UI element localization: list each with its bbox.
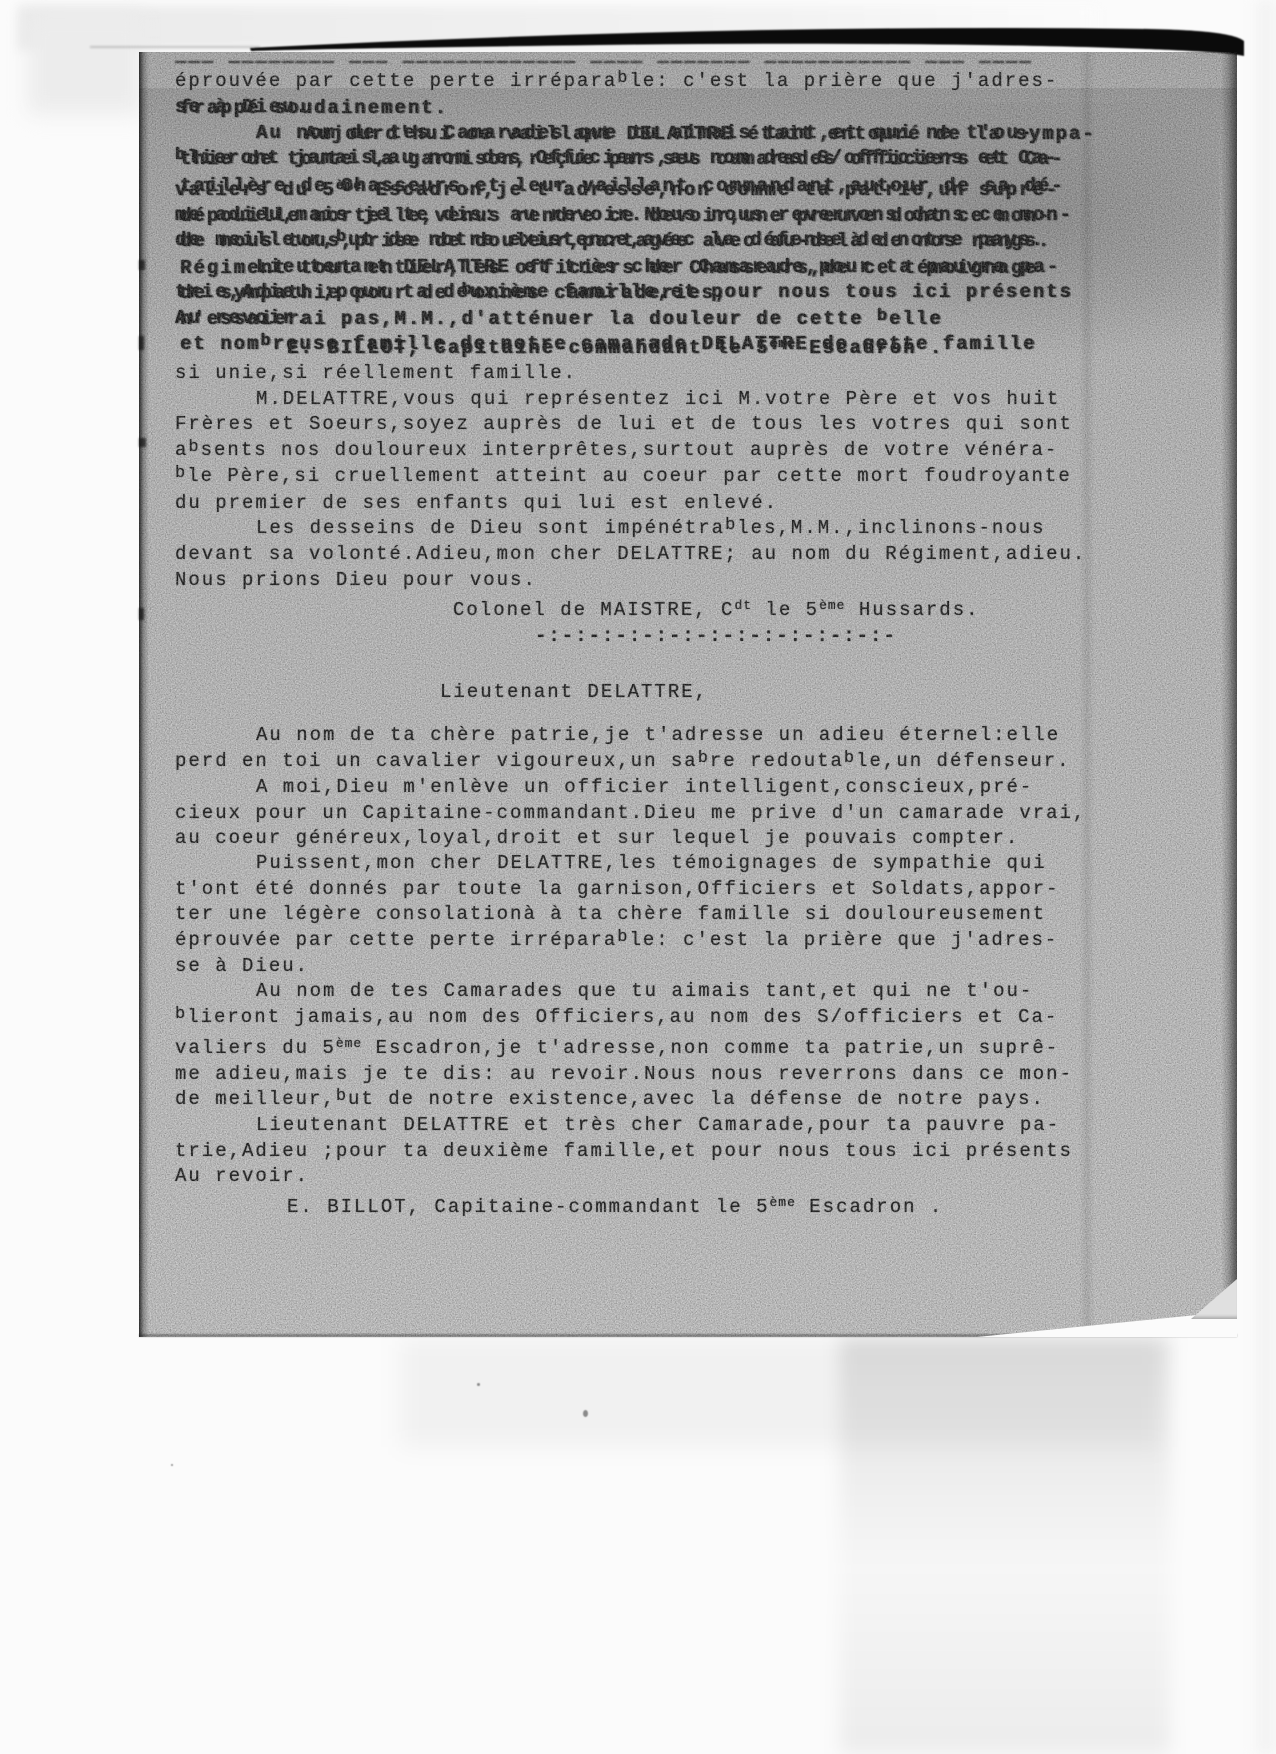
- stray-speck: [171, 1464, 173, 1466]
- line-text: au coeur généreux,loyal,droit et sur leq…: [175, 826, 1019, 851]
- line-text: si unie,si réellement famille.: [175, 361, 577, 386]
- paper-left-edge: [139, 52, 149, 1337]
- text-line: Lieutenant DELATTRE,: [175, 680, 1100, 705]
- line-text: cieux pour un Capitaine-commandant.Dieu …: [175, 801, 1086, 826]
- text-line: M.DELATTRE,vous qui représentez ici M.vo…: [175, 387, 1100, 412]
- text-line: t'ont été donnés par toute la garnison,O…: [175, 877, 1100, 902]
- text-line: et nombreuse famille de notre camarade D…: [175, 331, 1100, 361]
- text-line: Au nom de ta chère patrie,je t'adresse u…: [175, 723, 1100, 748]
- overstruck-text: de sympathie pour de bonnes camaraderies…: [180, 281, 728, 307]
- scanner-shadow-band-faint: [400, 1337, 1160, 1447]
- overstruck-text: taillère de Chasseurs,et leur vaillant c…: [180, 174, 1065, 199]
- line-text: ter une légère consolationà à ta chère f…: [175, 902, 1046, 927]
- text-line: au coeur généreux,loyal,droit et sur leq…: [175, 826, 1100, 851]
- text-line: perd en toi un cavalier vigoureux,un sab…: [175, 749, 1100, 775]
- text-line: me adieu,mais je te dis: au revoir.Nous …: [175, 1062, 1100, 1087]
- line-text: valiers du 5ème Escadron,je t'adresse,no…: [175, 1031, 1059, 1061]
- text-line: thie de toute la garnison,reçue par ses …: [175, 146, 1100, 172]
- text-line: se à Dieu.: [175, 954, 1100, 979]
- line-text: Au nom de tes Camarades que tu aimais ta…: [256, 979, 1033, 1004]
- line-text: Au revoir.: [175, 1164, 309, 1189]
- line-text: de meilleur,but de notre existence,avec …: [175, 1087, 1045, 1113]
- line-text: se à Dieu.: [175, 954, 309, 979]
- text-line: absents nos douloureux interprêtes,surto…: [175, 438, 1100, 464]
- line-text: blieront jamais,au nom des Officiers,au …: [175, 1005, 1058, 1031]
- line-text: Nous prions Dieu pour vous.: [175, 568, 537, 593]
- line-text: Colonel de MAISTRE, Cdt le 5ème Hussards…: [453, 593, 980, 623]
- text-line: Aujourd'hui ce vaillant DELATTRE était e…: [175, 121, 1100, 146]
- text-line: Les desseins de Dieu sont impénétrables,…: [175, 516, 1100, 542]
- text-line: n'essaierai pas,M.M.,d'atténuer la doule…: [175, 306, 1100, 331]
- line-text: M.DELATTRE,vous qui représentez ici M.vo…: [256, 387, 1060, 412]
- edge-ink-mark: [139, 438, 146, 447]
- text-line: éprouvée par cette perte irréparable: c'…: [175, 69, 1100, 95]
- line-text: éprouvée par cette perte irréparable: c'…: [175, 69, 1058, 95]
- line-text: absents nos douloureux interprêtes,surto…: [175, 438, 1058, 464]
- stray-speck: [477, 1383, 480, 1386]
- scan-right-strip: [1256, 0, 1276, 1754]
- edge-ink-mark: [139, 260, 145, 270]
- line-text: du premier de ses enfants qui lui est en…: [175, 491, 778, 516]
- overstruck-text: Aujourd'hui ce vaillant DELATTRE était e…: [305, 122, 1096, 147]
- text-line: Nous prions Dieu pour vous.: [175, 568, 1100, 593]
- line-text: perd en toi un cavalier vigoureux,un sab…: [175, 749, 1071, 775]
- edge-ink-mark: [139, 608, 144, 620]
- line-text: Lieutenant DELATTRE et très cher Camarad…: [256, 1113, 1060, 1138]
- line-text: ble Père,si cruellement atteint au coeur…: [175, 464, 1072, 490]
- text-line: cieux pour un Capitaine-commandant.Dieu …: [175, 801, 1100, 826]
- text-line: si unie,si réellement famille.: [175, 361, 1100, 386]
- text-line: Puissent,mon cher DELATTRE,les témoignag…: [175, 851, 1100, 876]
- line-text: devant sa volonté.Adieu,mon cher DELATTR…: [175, 542, 1086, 567]
- text-line: trie,Adieu ;pour ta deuxième famille,et …: [175, 1139, 1100, 1164]
- line-text: Frères et Soeurs,soyez auprès de lui et …: [175, 412, 1073, 437]
- page-background: ――― ―――――――― ――― ――――――――――――― ―――― ――――…: [0, 0, 1276, 1754]
- paper-right-edge: [1221, 52, 1237, 1337]
- line-text: Les desseins de Dieu sont impénétrables,…: [256, 516, 1046, 542]
- line-text: ――― ―――――――― ――― ――――――――――――― ―――― ――――…: [175, 58, 1033, 66]
- line-text: Puissent,mon cher DELATTRE,les témoignag…: [256, 851, 1047, 876]
- overstruck-text: Régiment tout entier,les officiers de Ch…: [180, 256, 1038, 281]
- overstruck-text: n'essaierai pas,M.M.,d'atténuer la doule…: [180, 307, 943, 333]
- text-line: Au revoir.: [175, 1164, 1100, 1189]
- text-line: ble Père,si cruellement atteint au coeur…: [175, 464, 1100, 490]
- overstruck-text: thie de toute la garnison,reçue par ses …: [180, 147, 1065, 172]
- text-line: Colonel de MAISTRE, Cdt le 5ème Hussards…: [175, 593, 1100, 623]
- line-text: Lieutenant DELATTRE,: [440, 680, 708, 705]
- overstruck-text: dépouille mortelle,venus rendre ce devoi…: [180, 204, 1051, 229]
- text-line: ter une légère consolationà à ta chère f…: [175, 902, 1100, 927]
- cutoff-line-top: ――― ―――――――― ――― ――――――――――――― ―――― ――――…: [175, 58, 1100, 69]
- line-text: t'ont été donnés par toute la garnison,O…: [175, 877, 1060, 902]
- scanned-paper: ――― ―――――――― ――― ――――――――――――― ―――― ――――…: [139, 52, 1237, 1337]
- line-text: E. BILLOT, Capitaine-commandant le 5ème …: [287, 1190, 943, 1220]
- text-line: éprouvée par cette perte irréparable: c'…: [175, 928, 1100, 954]
- edge-ink-mark: [139, 336, 144, 350]
- overstruck-text: de nous tous,prise de douleur,partagée a…: [180, 229, 1051, 254]
- text-line: Frères et Soeurs,soyez auprès de lui et …: [175, 412, 1100, 437]
- text-line: blieront jamais,au nom des Officiers,au …: [175, 1005, 1100, 1031]
- text-line: devant sa volonté.Adieu,mon cher DELATTR…: [175, 542, 1100, 567]
- text-line: E. BILLOT, Capitaine-commandant le 5ème …: [175, 1190, 1100, 1220]
- text-line: frappé soudainement.se à Dieu.: [175, 95, 1100, 120]
- text-line: de nous tous,prise de douleur,partagée a…: [175, 228, 1100, 254]
- text-line: -:-:-:-:-:-:-:-:-:-:-:-:-:-: [175, 624, 1100, 649]
- overstruck-text: frappé soudainement.: [180, 96, 448, 121]
- text-line: dépouille mortelle,venus rendre ce devoi…: [175, 203, 1100, 228]
- text-line: Lieutenant DELATTRE et très cher Camarad…: [175, 1113, 1100, 1138]
- typewritten-text-block: ――― ―――――――― ――― ――――――――――――― ―――― ――――…: [175, 58, 1100, 1220]
- overstruck-text: et nombreuse famille de notre camarade D…: [180, 332, 1037, 358]
- text-line: valiers du 5ème Escadron,je t'adresse,no…: [175, 1031, 1100, 1061]
- line-text: Au nom de ta chère patrie,je t'adresse u…: [256, 723, 1060, 748]
- line-text: éprouvée par cette perte irréparable: c'…: [175, 928, 1058, 954]
- text-line: taillère de Chasseurs,et leur vaillant c…: [175, 173, 1100, 203]
- line-text: -:-:-:-:-:-:-:-:-:-:-:-:-:-: [535, 624, 897, 649]
- line-text: trie,Adieu ;pour ta deuxième famille,et …: [175, 1139, 1073, 1164]
- text-line: du premier de ses enfants qui lui est en…: [175, 491, 1100, 516]
- line-text: me adieu,mais je te dis: au revoir.Nous …: [175, 1062, 1073, 1087]
- stray-speck: [583, 1410, 588, 1417]
- text-line: Au nom de tes Camarades que tu aimais ta…: [175, 979, 1100, 1004]
- text-line: A moi,Dieu m'enlève un officier intellig…: [175, 775, 1100, 800]
- text-line: de meilleur,but de notre existence,avec …: [175, 1087, 1100, 1113]
- text-line: Régiment tout entier,les officiers de Ch…: [175, 255, 1100, 280]
- text-line: de sympathie pour de bonnes camaraderies…: [175, 280, 1100, 305]
- line-text: A moi,Dieu m'enlève un officier intellig…: [256, 775, 1033, 800]
